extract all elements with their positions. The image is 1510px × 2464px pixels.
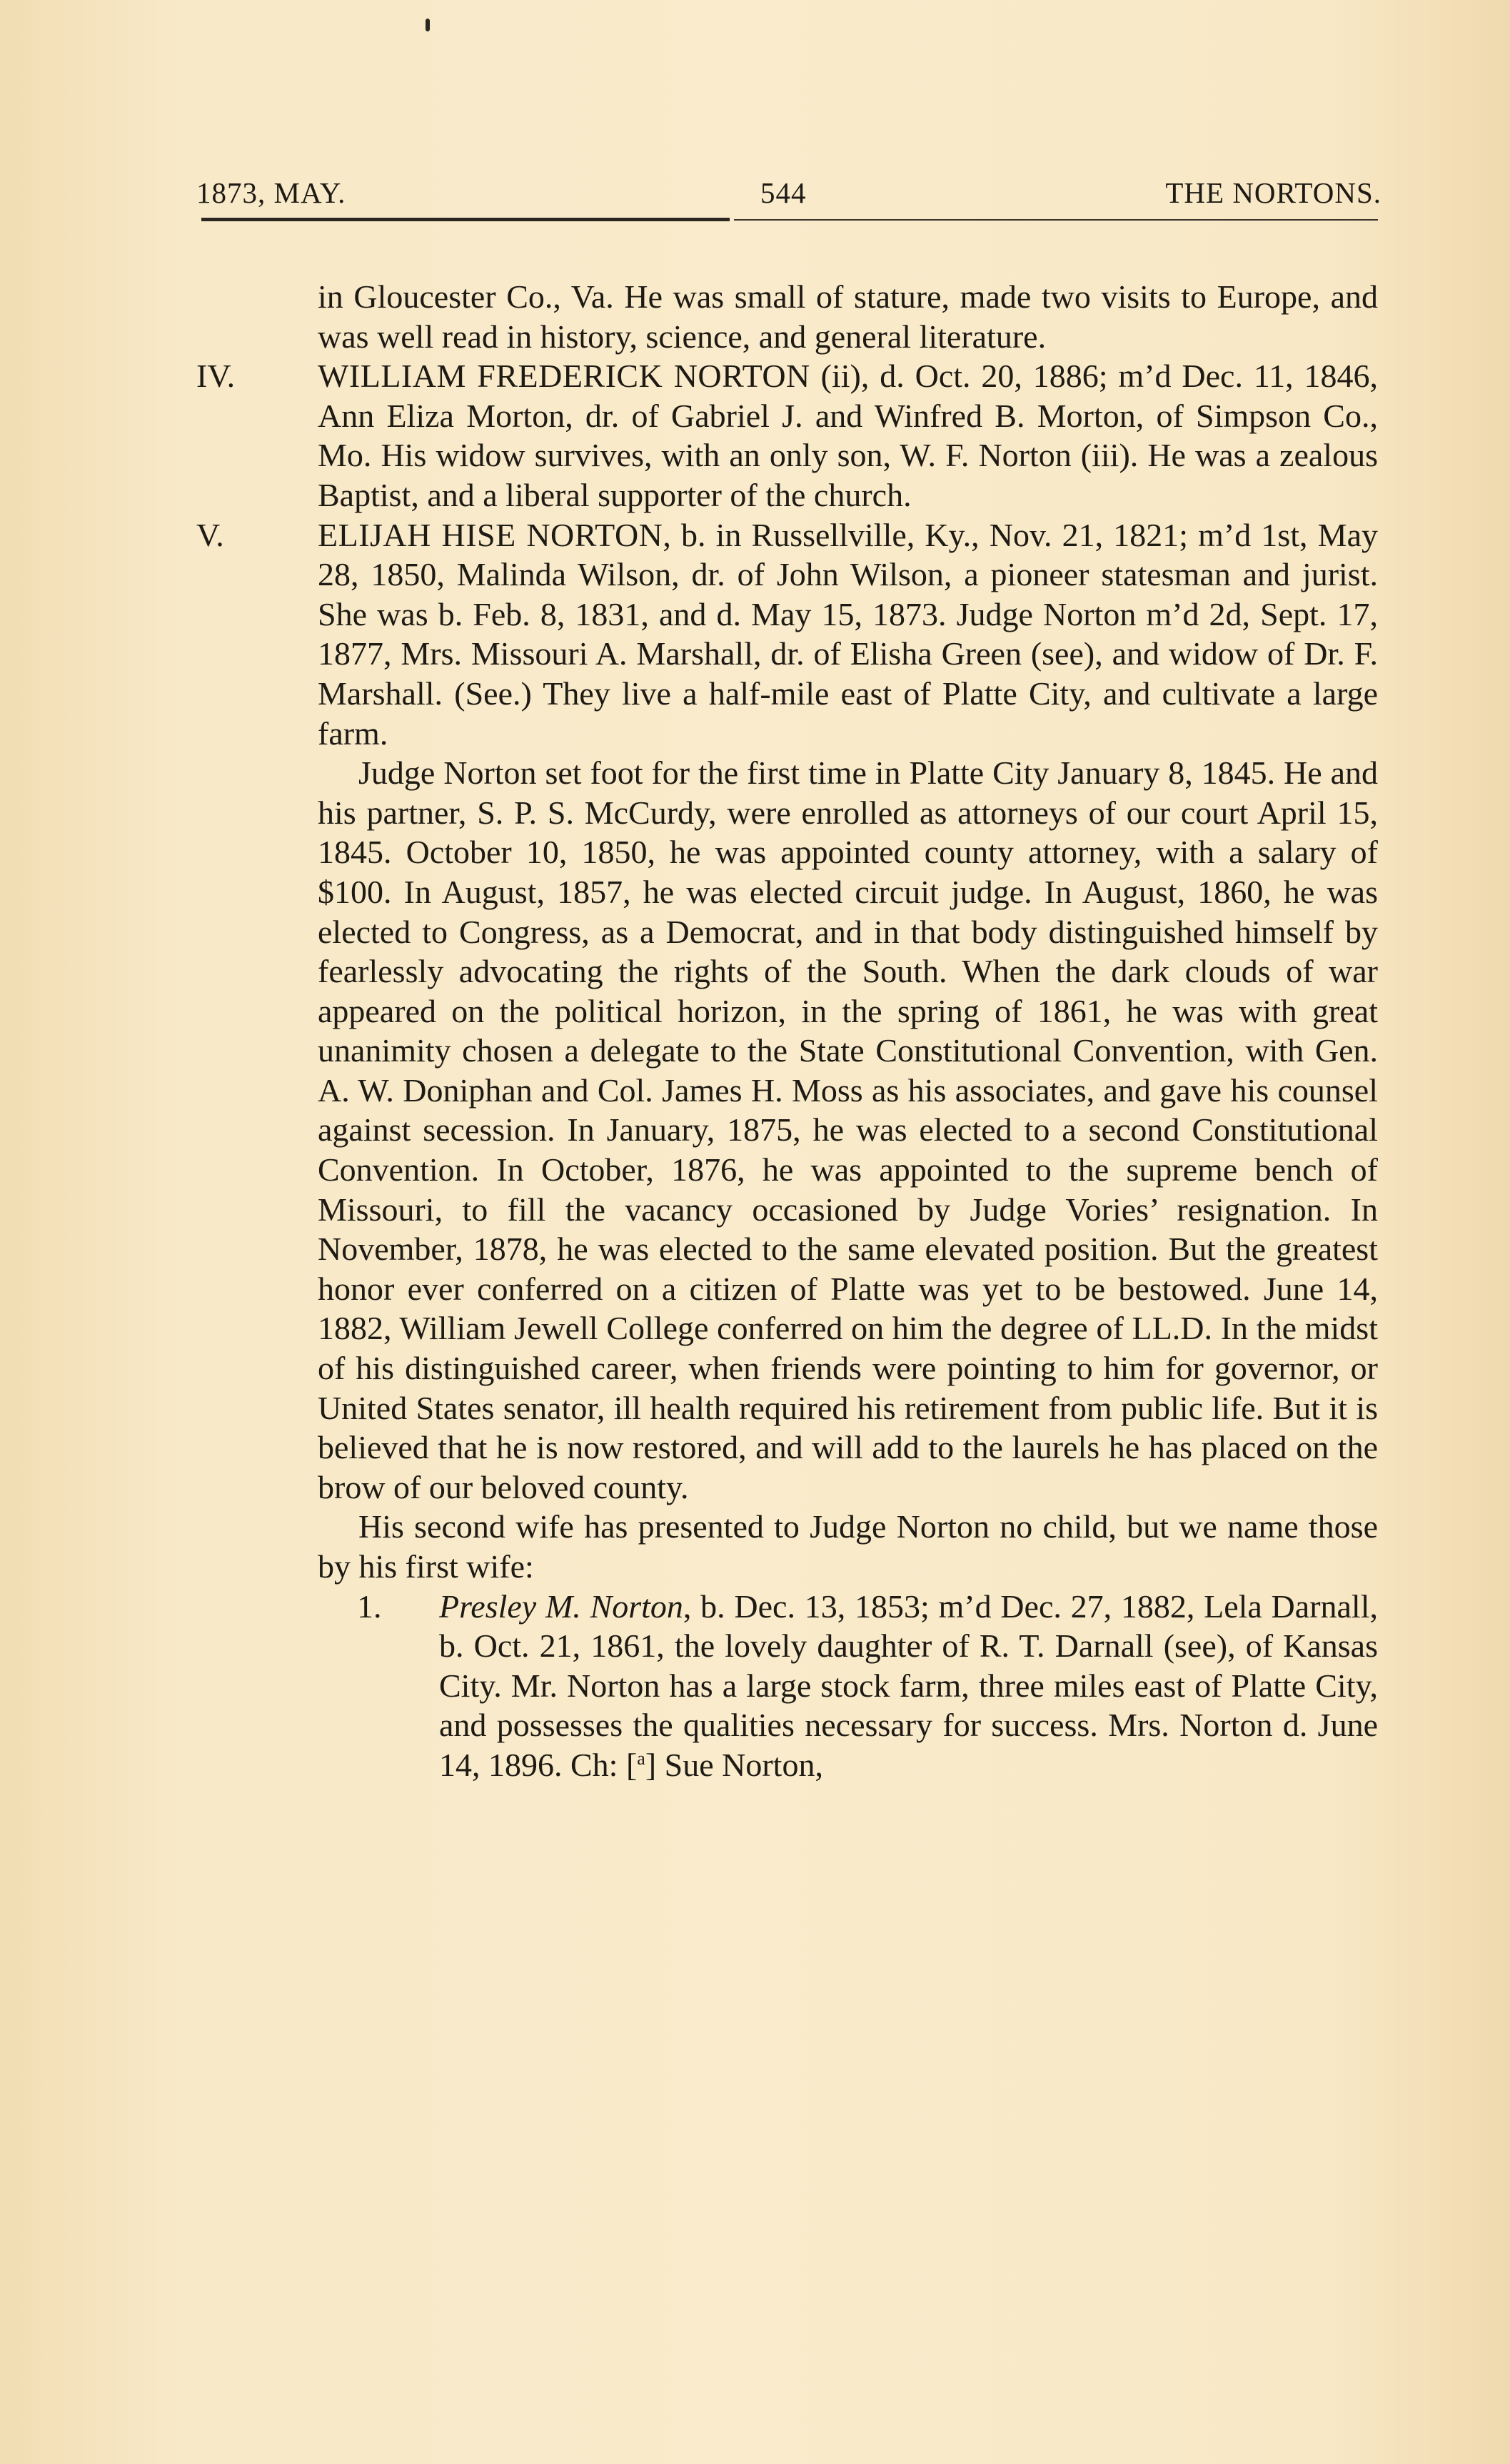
page-body: in Gloucester Co., Va. He was small of s… bbox=[318, 277, 1378, 1785]
career-paragraph: Judge Norton set foot for the first time… bbox=[318, 753, 1378, 1507]
ink-speck bbox=[426, 19, 430, 31]
book-page: 1873, MAY. 544 THE NORTONS. in Glouceste… bbox=[0, 0, 1510, 2464]
running-header: 1873, MAY. 544 THE NORTONS. bbox=[196, 176, 1381, 211]
footnote-marker: a bbox=[637, 1748, 645, 1769]
header-rule-thin bbox=[734, 219, 1378, 221]
child-number: 1. bbox=[357, 1587, 382, 1627]
entry-numeral: IV. bbox=[196, 356, 235, 396]
entry-name: WILLIAM FREDERICK NORTON bbox=[318, 358, 810, 394]
entry-name: ELIJAH HISE NORTON bbox=[318, 517, 663, 553]
page-number: 544 bbox=[760, 176, 807, 210]
child-text-after: ] Sue Norton, bbox=[645, 1747, 823, 1783]
continuation-paragraph: in Gloucester Co., Va. He was small of s… bbox=[318, 277, 1378, 356]
child-name: Presley M. Norton bbox=[439, 1588, 683, 1625]
entry-numeral: V. bbox=[196, 515, 224, 555]
children-intro-paragraph: His second wife has presented to Judge N… bbox=[318, 1507, 1378, 1586]
header-rule-thick bbox=[201, 218, 730, 221]
entry-iv: IV.WILLIAM FREDERICK NORTON (ii), d. Oct… bbox=[318, 356, 1378, 515]
child-entry-1: 1.Presley M. Norton, b. Dec. 13, 1853; m… bbox=[439, 1587, 1378, 1785]
header-title: THE NORTONS. bbox=[1165, 176, 1381, 210]
header-date: 1873, MAY. bbox=[196, 176, 346, 210]
entry-v: V.ELIJAH HISE NORTON, b. in Russellville… bbox=[318, 515, 1378, 754]
